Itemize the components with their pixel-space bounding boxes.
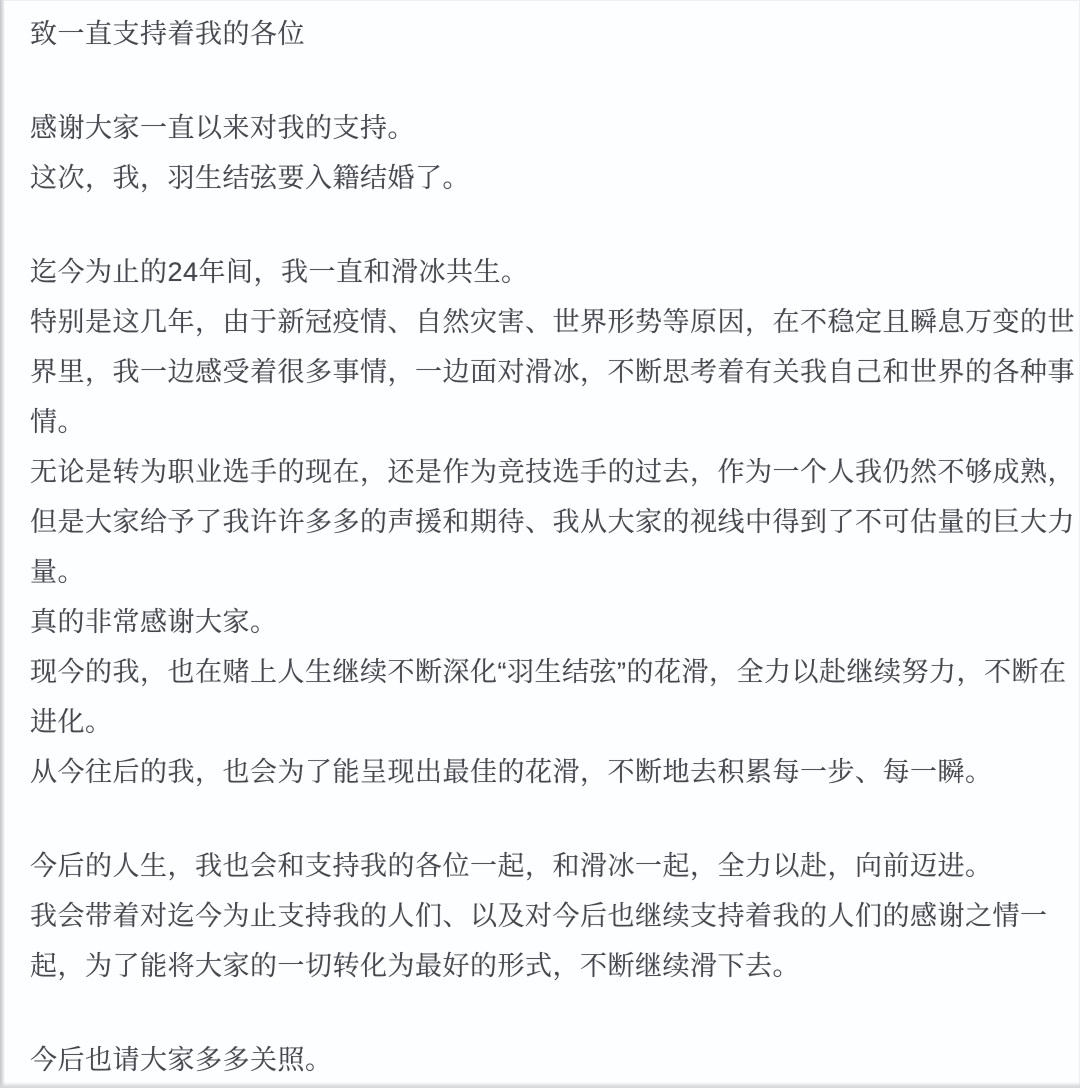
bottom-edge-shadow	[0, 1082, 1080, 1088]
text-line: 界里，我一边感受着很多事情，一边面对滑冰，不断思考着有关我自己和世界的各种事	[30, 347, 1059, 397]
text-line: 特别是这几年，由于新冠疫情、自然灾害、世界形势等原因，在不稳定且瞬息万变的世	[30, 297, 1059, 347]
text-line: 但是大家给予了我许许多多的声援和期待、我从大家的视线中得到了不可估量的巨大力	[30, 497, 1059, 547]
closing-line: 今后也请大家多多关照。	[30, 1035, 1059, 1085]
paragraph-salutation: 致一直支持着我的各位	[30, 9, 1059, 59]
text-line: 真的非常感谢大家。	[30, 597, 1059, 647]
text-line: 今后的人生，我也会和支持我的各位一起，和滑冰一起，全力以赴，向前迈进。	[30, 841, 1059, 891]
text-line: 从今往后的我，也会为了能呈现出最佳的花滑，不断地去积累每一步、每一瞬。	[30, 747, 1059, 797]
paragraph-announcement: 感谢大家一直以来对我的支持。 这次，我，羽生结弦要入籍结婚了。	[30, 103, 1059, 203]
text-line: 情。	[30, 397, 1059, 447]
left-edge-shadow	[0, 0, 5, 1088]
text-line: 无论是转为职业选手的现在，还是作为竞技选手的过去，作为一个人我仍然不够成熟，	[30, 447, 1059, 497]
salutation-line: 致一直支持着我的各位	[30, 9, 1059, 59]
text-line: 迄今为止的24年间，我一直和滑冰共生。	[30, 247, 1059, 297]
text-line: 感谢大家一直以来对我的支持。	[30, 103, 1059, 153]
text-line: 这次，我，羽生结弦要入籍结婚了。	[30, 153, 1059, 203]
paragraph-closing: 今后也请大家多多关照。	[30, 1035, 1059, 1085]
text-line: 量。	[30, 547, 1059, 597]
paragraph-reflection: 迄今为止的24年间，我一直和滑冰共生。 特别是这几年，由于新冠疫情、自然灾害、世…	[30, 247, 1059, 797]
text-line: 我会带着对迄今为止支持我的人们、以及对今后也继续支持着我的人们的感谢之情一	[30, 891, 1059, 941]
paragraph-future: 今后的人生，我也会和支持我的各位一起，和滑冰一起，全力以赴，向前迈进。 我会带着…	[30, 841, 1059, 991]
text-line: 进化。	[30, 697, 1059, 747]
text-line: 起，为了能将大家的一切转化为最好的形式，不断继续滑下去。	[30, 941, 1059, 991]
text-line: 现今的我，也在赌上人生继续不断深化“羽生结弦”的花滑，全力以赴继续努力，不断在	[30, 647, 1059, 697]
letter-page: 致一直支持着我的各位 感谢大家一直以来对我的支持。 这次，我，羽生结弦要入籍结婚…	[0, 0, 1080, 1088]
